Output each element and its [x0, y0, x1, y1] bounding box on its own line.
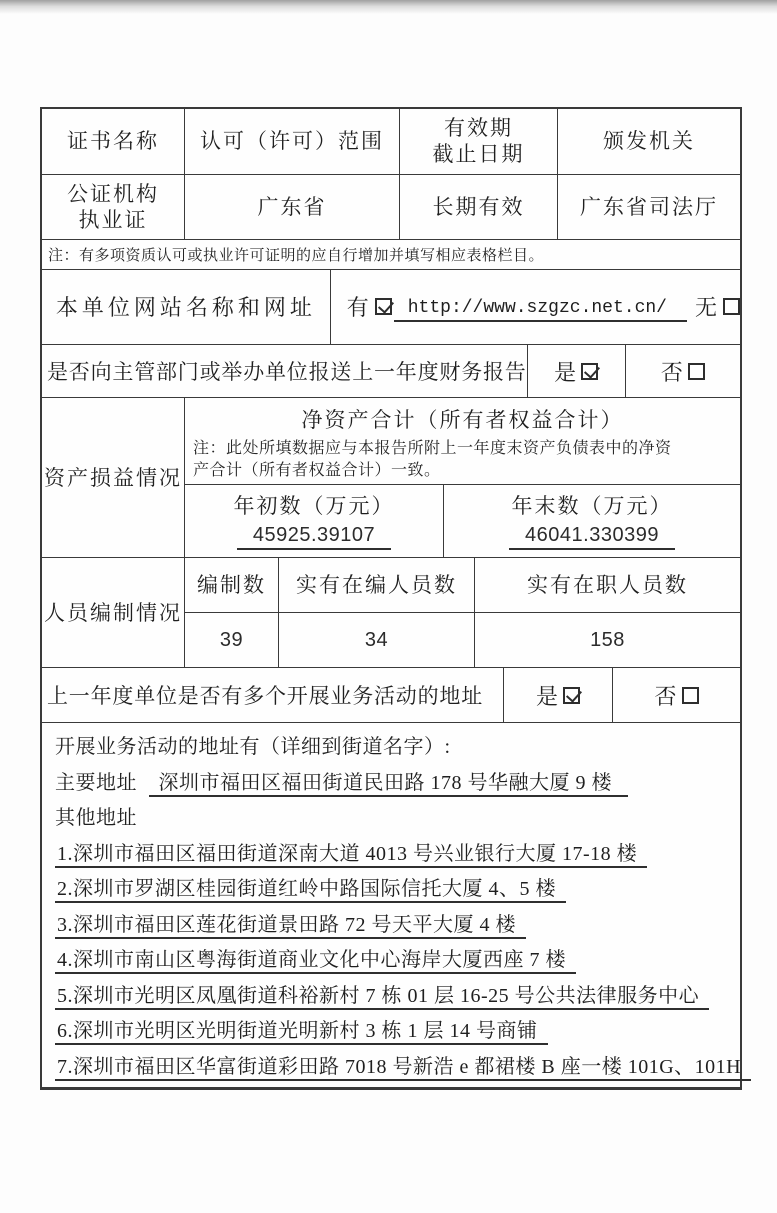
assets-section-label: 资产损益情况: [42, 398, 185, 557]
header-certificate-name: 证书名称: [42, 109, 185, 174]
website-has-checkbox-icon: [375, 298, 392, 315]
year-begin-label: 年初数（万元）: [234, 493, 395, 519]
net-assets-title: 净资产合计（所有者权益合计）: [193, 404, 732, 434]
certificate-data-row: 公证机构 执业证 广东省 长期有效 广东省司法厅: [42, 174, 740, 240]
table-note-text: 注：有多项资质认可或执业许可证明的应自行增加并填写相应表格栏目。: [42, 240, 740, 269]
address-item-3: 3.深圳市福田区莲花街道景田路 72 号天平大厦 4 楼: [55, 908, 728, 944]
net-assets-header-cell: 净资产合计（所有者权益合计） 注：此处所填数据应与本报告所附上一年度末资产负债表…: [185, 398, 740, 485]
address-item-3-text: 3.深圳市福田区莲花街道景田路 72 号天平大厦 4 楼: [55, 914, 526, 939]
cert-name-line1: 公证机构: [67, 181, 159, 207]
scan-top-shadow: [0, 0, 777, 14]
finance-report-row: 是否向主管部门或举办单位报送上一年度财务报告 是 否: [42, 344, 740, 398]
net-assets-note-line2: 产合计（所有者权益合计）一致。: [193, 460, 732, 482]
finance-report-question: 是否向主管部门或举办单位报送上一年度财务报告: [42, 345, 527, 398]
header-validity-line2: 截止日期: [433, 141, 525, 167]
other-addresses-label: 其他地址: [55, 801, 728, 837]
cell-issuing-authority: 广东省司法厅: [558, 175, 740, 240]
primary-address-line: 主要地址 深圳市福田区福田街道民田路 178 号华融大厦 9 楼: [55, 766, 728, 802]
multi-address-yes-checkbox-icon: [563, 687, 580, 704]
cell-certificate-name: 公证机构 执业证: [42, 175, 185, 240]
address-item-4-text: 4.深圳市南山区粤海街道商业文化中心海岸大厦西座 7 楼: [55, 949, 576, 974]
addresses-cell: 开展业务活动的地址有（详细到街道名字）: 主要地址 深圳市福田区福田街道民田路 …: [42, 723, 740, 1087]
address-item-2: 2.深圳市罗湖区桂园街道红岭中路国际信托大厦 4、5 楼: [55, 872, 728, 908]
scanned-document-page: 证书名称 认可（许可）范围 有效期 截止日期 颁发机关 公证机构 执业证 广东省…: [0, 0, 777, 1213]
staffing-value-authorized: 39: [185, 613, 279, 668]
address-item-5-text: 5.深圳市光明区凤凰街道科裕新村 7 栋 01 层 16-25 号公共法律服务中…: [55, 985, 709, 1010]
table-note-row: 注：有多项资质认可或执业许可证明的应自行增加并填写相应表格栏目。: [42, 239, 740, 269]
finance-no-checkbox-icon: [688, 363, 705, 380]
assets-section: 资产损益情况 净资产合计（所有者权益合计） 注：此处所填数据应与本报告所附上一年…: [42, 397, 740, 557]
primary-address-value: 深圳市福田区福田街道民田路 178 号华融大厦 9 楼: [149, 772, 629, 797]
cert-name-line2: 执业证: [79, 207, 148, 233]
website-url-underline: http://www.szgzc.net.cn/: [394, 292, 687, 322]
year-end-value: 46041.330399: [509, 524, 675, 550]
header-issuing-authority: 颁发机关: [558, 109, 740, 174]
staffing-section: 人员编制情况 编制数 实有在编人员数 实有在职人员数 39 34 158: [42, 557, 740, 667]
staffing-col-on-roster: 实有在编人员数: [279, 558, 475, 612]
multi-address-question: 上一年度单位是否有多个开展业务活动的地址: [42, 668, 503, 722]
year-end-cell: 年末数（万元） 46041.330399: [444, 485, 740, 557]
primary-address-label: 主要地址: [55, 772, 137, 794]
address-item-6: 6.深圳市光明区光明街道光明新村 3 栋 1 层 14 号商铺: [55, 1014, 728, 1050]
staffing-col-employed: 实有在职人员数: [475, 558, 740, 612]
year-end-label: 年末数（万元）: [512, 493, 673, 519]
finance-yes-checkbox-icon: [581, 363, 598, 380]
certificate-header-row: 证书名称 认可（许可）范围 有效期 截止日期 颁发机关: [42, 109, 740, 174]
website-row: 本单位网站名称和网址 有 http://www.szgzc.net.cn/ 无: [42, 269, 740, 344]
address-item-6-text: 6.深圳市光明区光明街道光明新村 3 栋 1 层 14 号商铺: [55, 1020, 548, 1045]
multi-address-yes-cell: 是: [503, 668, 612, 722]
staffing-values-row: 39 34 158: [185, 613, 740, 668]
finance-report-yes-cell: 是: [527, 345, 625, 398]
cell-permit-scope: 广东省: [185, 175, 400, 240]
multi-address-no-checkbox-icon: [682, 687, 699, 704]
address-item-5: 5.深圳市光明区凤凰街道科裕新村 7 栋 01 层 16-25 号公共法律服务中…: [55, 979, 728, 1015]
staffing-section-label: 人员编制情况: [42, 558, 185, 667]
website-value-cell: 有 http://www.szgzc.net.cn/ 无: [331, 270, 740, 344]
cell-validity-date: 长期有效: [400, 175, 558, 240]
address-item-1-text: 1.深圳市福田区福田街道深南大道 4013 号兴业银行大厦 17-18 楼: [55, 843, 647, 868]
staffing-grid: 编制数 实有在编人员数 实有在职人员数 39 34 158: [185, 558, 740, 667]
addresses-section: 开展业务活动的地址有（详细到街道名字）: 主要地址 深圳市福田区福田街道民田路 …: [42, 722, 740, 1087]
website-has-label: 有: [347, 291, 370, 322]
website-no-label: 无: [695, 291, 718, 322]
header-validity-date: 有效期 截止日期: [400, 109, 558, 174]
assets-values-row: 年初数（万元） 45925.39107 年末数（万元） 46041.330399: [185, 485, 740, 557]
finance-no-label: 否: [661, 356, 683, 387]
header-validity-line1: 有效期: [444, 115, 513, 141]
website-url: http://www.szgzc.net.cn/: [408, 298, 667, 318]
staffing-value-employed: 158: [475, 613, 740, 668]
address-item-2-text: 2.深圳市罗湖区桂园街道红岭中路国际信托大厦 4、5 楼: [55, 878, 566, 903]
annual-report-form-table: 证书名称 认可（许可）范围 有效期 截止日期 颁发机关 公证机构 执业证 广东省…: [40, 107, 742, 1090]
address-item-7-text: 7.深圳市福田区华富街道彩田路 7018 号新浩 e 都裙楼 B 座一楼 101…: [55, 1056, 751, 1081]
address-item-7: 7.深圳市福田区华富街道彩田路 7018 号新浩 e 都裙楼 B 座一楼 101…: [55, 1050, 728, 1086]
address-item-1: 1.深圳市福田区福田街道深南大道 4013 号兴业银行大厦 17-18 楼: [55, 837, 728, 873]
address-item-4: 4.深圳市南山区粤海街道商业文化中心海岸大厦西座 7 楼: [55, 943, 728, 979]
header-permit-scope: 认可（许可）范围: [185, 109, 400, 174]
staffing-col-authorized: 编制数: [185, 558, 279, 612]
year-begin-cell: 年初数（万元） 45925.39107: [185, 485, 444, 557]
multi-address-no-label: 否: [654, 680, 676, 711]
year-begin-value: 45925.39107: [237, 524, 391, 550]
website-no-checkbox-icon: [723, 298, 740, 315]
website-label: 本单位网站名称和网址: [42, 270, 331, 344]
staffing-header-row: 编制数 实有在编人员数 实有在职人员数: [185, 558, 740, 613]
multi-address-no-cell: 否: [612, 668, 740, 722]
finance-report-no-cell: 否: [625, 345, 740, 398]
finance-yes-label: 是: [554, 356, 576, 387]
staffing-value-on-roster: 34: [279, 613, 475, 668]
multi-address-question-row: 上一年度单位是否有多个开展业务活动的地址 是 否: [42, 667, 740, 722]
assets-right-area: 净资产合计（所有者权益合计） 注：此处所填数据应与本报告所附上一年度末资产负债表…: [185, 398, 740, 557]
multi-address-yes-label: 是: [536, 680, 558, 711]
net-assets-note-line1: 注：此处所填数据应与本报告所附上一年度末资产负债表中的净资: [193, 438, 732, 460]
addresses-title: 开展业务活动的地址有（详细到街道名字）:: [55, 730, 728, 766]
